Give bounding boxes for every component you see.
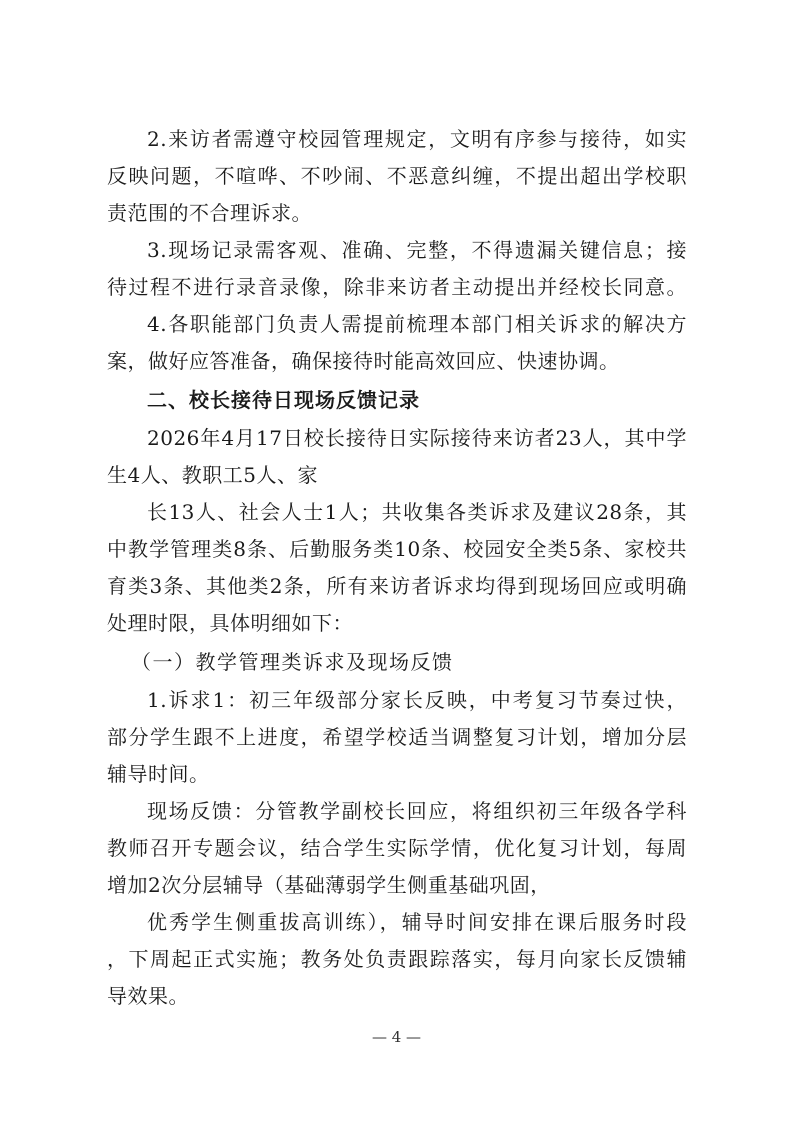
paragraph-line: 1.诉求1：初三年级部分家长反映，中考复习节奏过快， (107, 682, 687, 719)
paragraph-line: 教师召开专题会议，结合学生实际学情，优化复习计划，每周 (107, 830, 687, 867)
paragraph-line: 现场反馈：分管教学副校长回应，将组织初三年级各学科 (107, 793, 687, 830)
paragraph-line: 辅导时间。 (107, 756, 687, 793)
document-page: 2.来访者需遵守校园管理规定，文明有序参与接待，如实 反映问题，不喧哗、不吵闹、… (0, 0, 793, 1122)
subsection-heading: （一）教学管理类诉求及现场反馈 (107, 642, 687, 682)
paragraph-line: 2.来访者需遵守校园管理规定，文明有序参与接待，如实 (107, 121, 687, 158)
paragraph-line: 责范围的不合理诉求。 (107, 195, 687, 232)
paragraph-line: 育类3条、其他类2条，所有来访者诉求均得到现场回应或明确 (107, 568, 687, 605)
paragraph-line: 待过程不进行录音录像，除非来访者主动提出并经校长同意。 (107, 269, 687, 306)
paragraph-line: 2026年4月17日校长接待日实际接待来访者23人，其中学 (107, 420, 687, 457)
paragraph-line: 部分学生跟不上进度，希望学校适当调整复习计划，增加分层 (107, 719, 687, 756)
paragraph-line: 反映问题，不喧哗、不吵闹、不恶意纠缠，不提出超出学校职 (107, 158, 687, 195)
page-number: — 4 — (0, 1028, 793, 1046)
paragraph-line: 优秀学生侧重拔高训练），辅导时间安排在课后服务时段 (107, 904, 687, 941)
paragraph-line: 长13人、社会人士1人；共收集各类诉求及建议28条，其 (107, 494, 687, 531)
paragraph-line: 导效果。 (107, 978, 687, 1015)
paragraph-line: 中教学管理类8条、后勤服务类10条、校园安全类5条、家校共 (107, 531, 687, 568)
paragraph-line: 生4人、教职工5人、家 (107, 457, 687, 494)
section-heading: 二、校长接待日现场反馈记录 (107, 380, 687, 420)
paragraph-line: 4.各职能部门负责人需提前梳理本部门相关诉求的解决方 (107, 306, 687, 343)
paragraph-line: 处理时限，具体明细如下： (107, 605, 687, 642)
paragraph-line: ，下周起正式实施；教务处负责跟踪落实，每月向家长反馈辅 (107, 941, 687, 978)
paragraph-line: 增加2次分层辅导（基础薄弱学生侧重基础巩固， (107, 867, 687, 904)
paragraph-line: 案，做好应答准备，确保接待时能高效回应、快速协调。 (107, 343, 687, 380)
paragraph-line: 3.现场记录需客观、准确、完整，不得遗漏关键信息；接 (107, 232, 687, 269)
document-body: 2.来访者需遵守校园管理规定，文明有序参与接待，如实 反映问题，不喧哗、不吵闹、… (107, 121, 687, 1015)
